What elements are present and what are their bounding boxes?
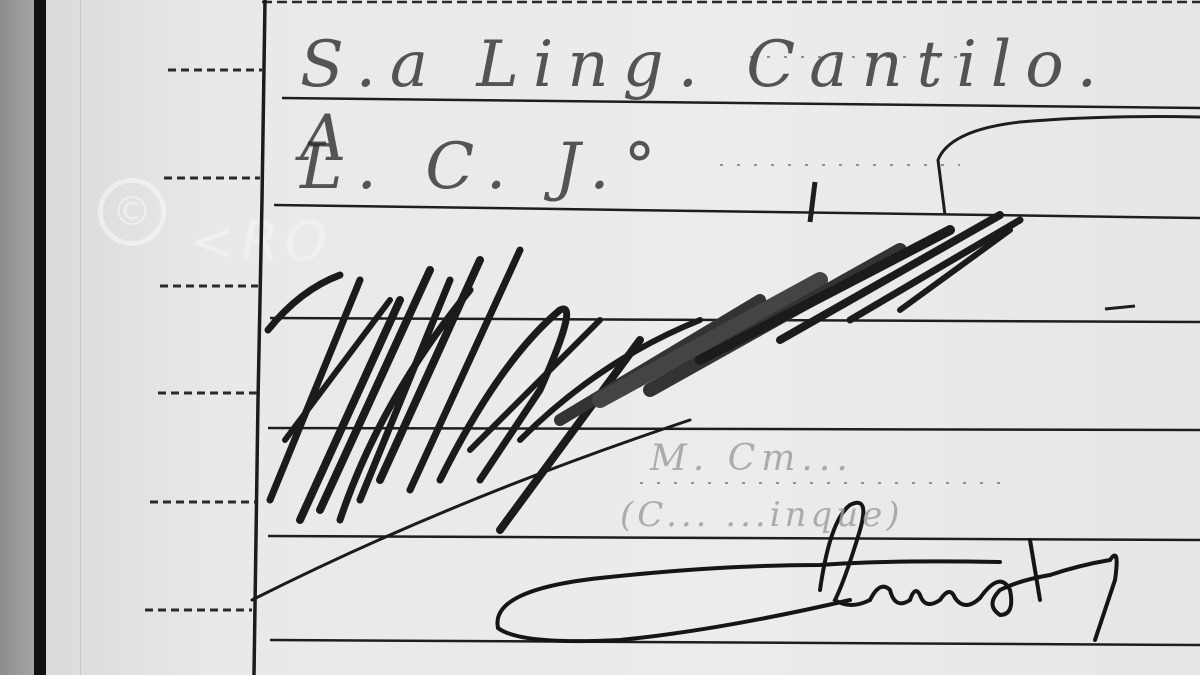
margin-dash-marks — [145, 70, 262, 610]
entry-row-6-text: (C... ...inque) — [620, 495, 904, 535]
entry-row-5-text: M. Cm... — [650, 438, 854, 479]
large-signature — [252, 215, 1020, 600]
entry-row-2-text: L. C. J.° — [300, 130, 670, 204]
